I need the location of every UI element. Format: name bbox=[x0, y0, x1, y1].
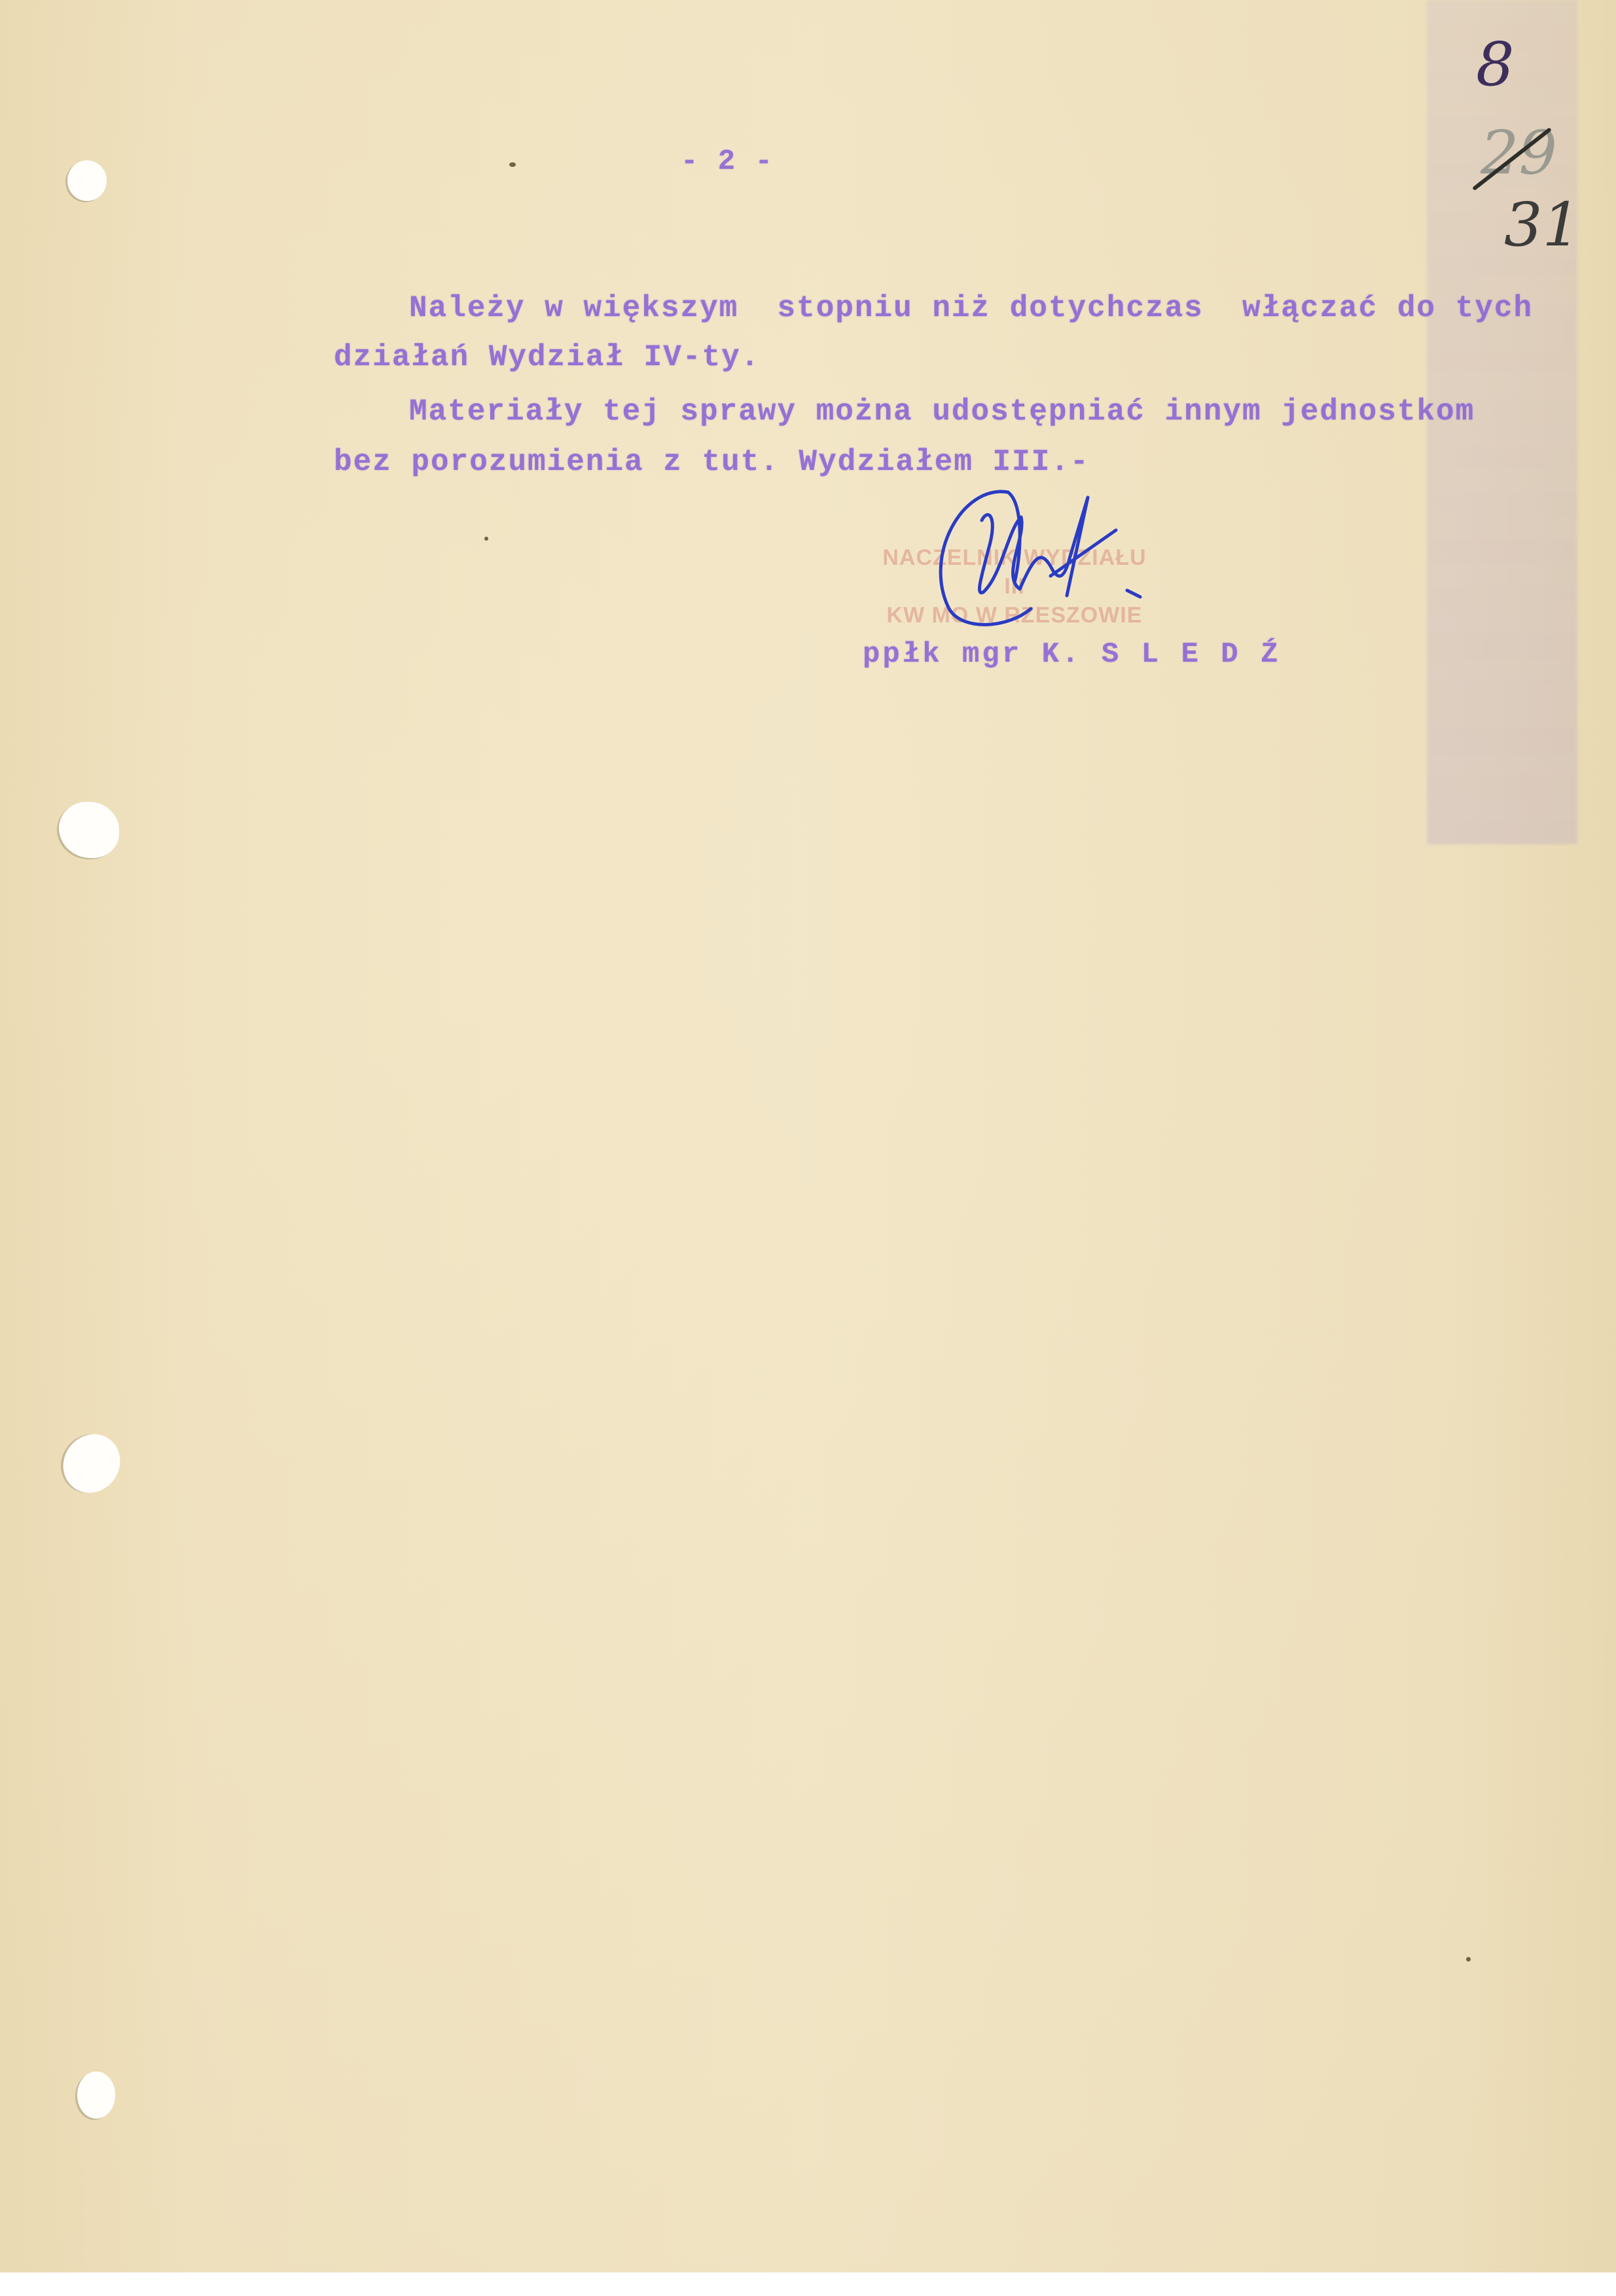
text-line: bez porozumienia z tut. Wydziałem III.- bbox=[334, 445, 1090, 479]
text-line: Należy w większym stopniu niż dotychczas… bbox=[409, 291, 1533, 325]
handwritten-signature bbox=[910, 478, 1250, 648]
paper-speck bbox=[1466, 1957, 1471, 1962]
punch-hole bbox=[52, 1423, 132, 1504]
punch-hole bbox=[59, 802, 119, 858]
text-line: Materiały tej sprawy można udostępniać i… bbox=[409, 395, 1475, 429]
folio-number-archive: 31 bbox=[1504, 190, 1581, 260]
page-number: - 2 - bbox=[681, 145, 774, 178]
signatory-name: ppłk mgr K. S L E D Ź bbox=[863, 638, 1281, 671]
paper-speck bbox=[509, 162, 516, 167]
paper-speck bbox=[484, 537, 488, 541]
folio-number-current: 8 bbox=[1476, 29, 1515, 99]
text-line: działań Wydział IV-ty. bbox=[334, 340, 760, 374]
punch-hole bbox=[67, 160, 107, 201]
punch-hole bbox=[77, 2072, 115, 2119]
document-page: 8 29 31 - 2 - Należy w większym stopniu … bbox=[0, 0, 1616, 2272]
